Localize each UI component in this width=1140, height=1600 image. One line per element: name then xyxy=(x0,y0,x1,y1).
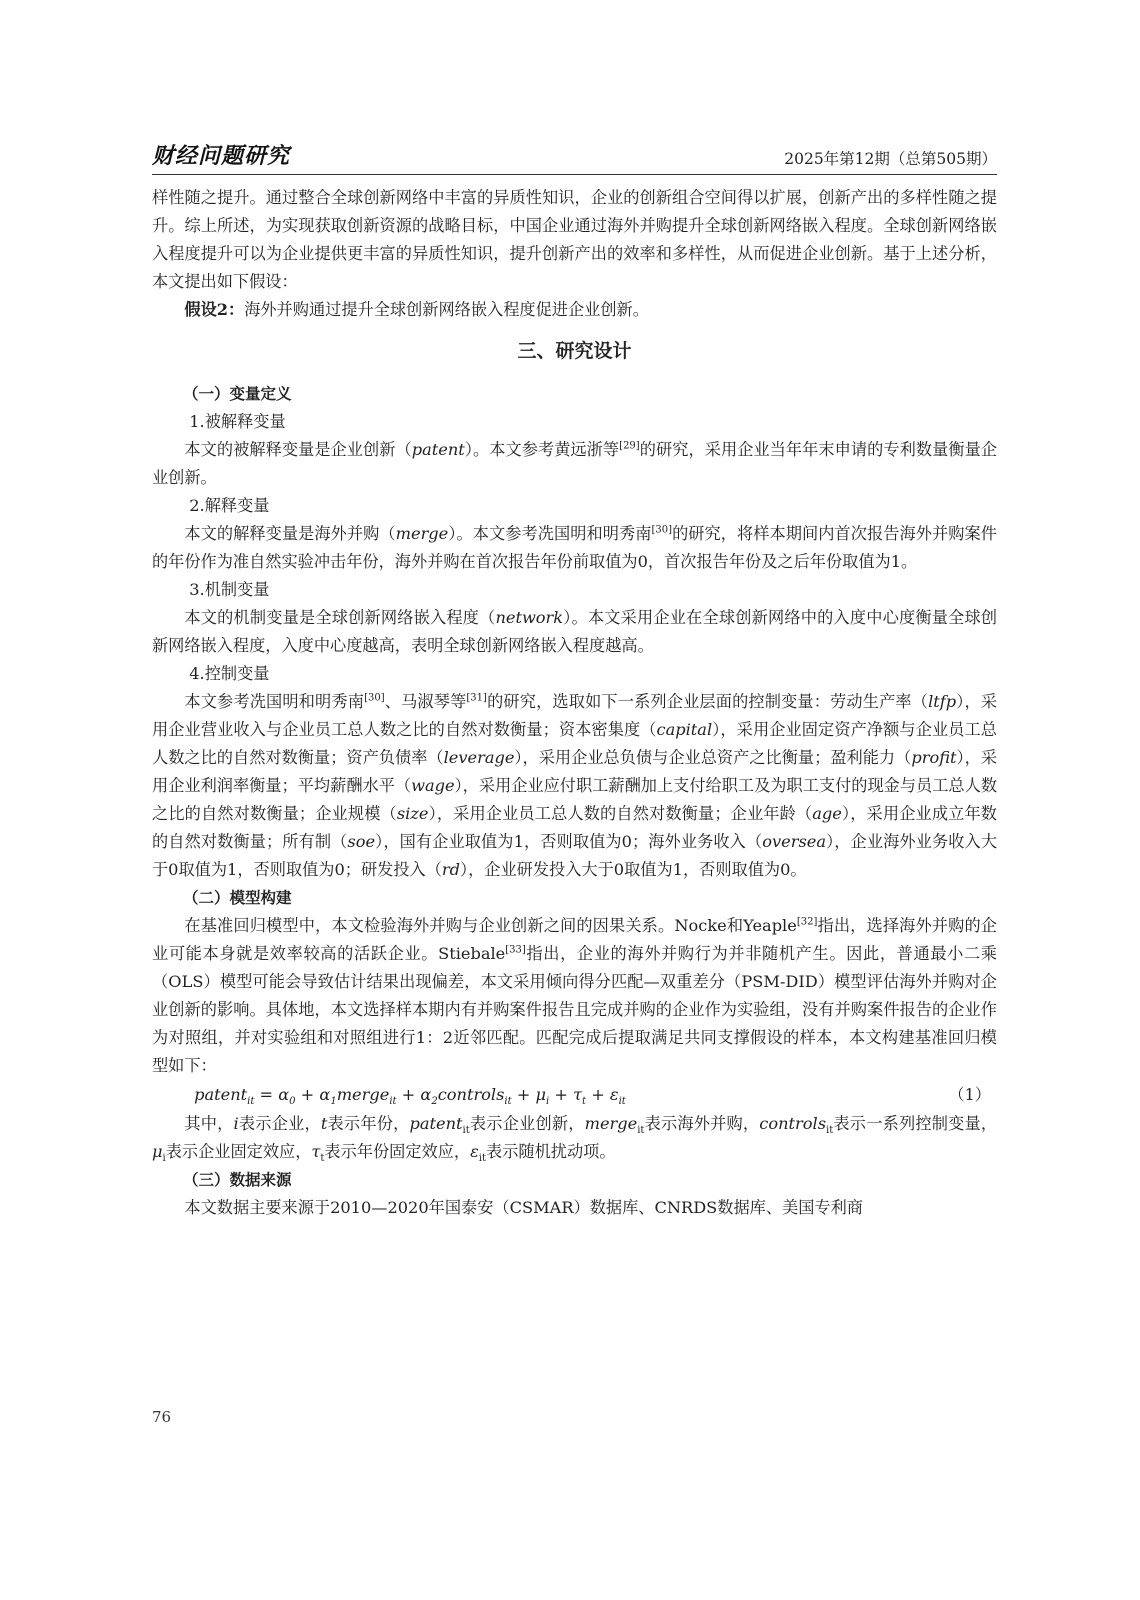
var-patent: patent xyxy=(409,1114,462,1133)
text: 本文的解释变量是海外并购（ xyxy=(184,524,395,543)
subscript: it xyxy=(619,1096,626,1107)
equation-number: （1） xyxy=(948,1080,997,1110)
var-mu: μ xyxy=(152,1142,163,1161)
text: 表示年份， xyxy=(327,1114,409,1133)
subscript: it xyxy=(504,1096,511,1107)
equation-1: patentit = α0 + α1mergeit + α2controlsit… xyxy=(152,1080,997,1110)
equation-body: patentit = α0 + α1mergeit + α2controlsit… xyxy=(194,1080,626,1110)
control-variable-title: 4.控制变量 xyxy=(152,660,997,688)
var-ltfp: ltfp xyxy=(928,692,956,711)
citation-30: [30] xyxy=(651,525,672,536)
var-patent: patent xyxy=(412,440,465,459)
var-epsilon: ε xyxy=(470,1142,479,1161)
explanatory-variable-paragraph: 本文的解释变量是海外并购（merge）。本文参考冼国明和明秀南[30]的研究，将… xyxy=(152,520,997,576)
var-controls: controls xyxy=(759,1114,826,1133)
data-source-paragraph: 本文数据主要来源于2010—2020年国泰安（CSMAR）数据库、CNRDS数据… xyxy=(152,1194,997,1222)
hypothesis-text: 海外并购通过提升全球创新网络嵌入程度促进企业创新。 xyxy=(244,300,649,319)
text: 表示企业创新， xyxy=(470,1114,585,1133)
paragraph-continued: 样性随之提升。通过整合全球创新网络中丰富的异质性知识，企业的创新组合空间得以扩展… xyxy=(152,184,997,296)
mechanism-variable-paragraph: 本文的机制变量是全球创新网络嵌入程度（network）。本文采用企业在全球创新网… xyxy=(152,604,997,660)
text: ）。本文参考黄远浙等 xyxy=(465,440,619,459)
var-capital: capital xyxy=(657,720,713,739)
mechanism-variable-title: 3.机制变量 xyxy=(152,576,997,604)
subscript: it xyxy=(479,1153,486,1164)
journal-page: 财经问题研究 2025年第12期（总第505期） 样性随之提升。通过整合全球创新… xyxy=(0,0,1140,1600)
var-profit: profit xyxy=(911,748,956,767)
citation-30: [30] xyxy=(364,693,385,704)
text: ），企业研发投入大于0取值为1，否则取值为0。 xyxy=(460,860,807,879)
article-body: 样性随之提升。通过整合全球创新网络中丰富的异质性知识，企业的创新组合空间得以扩展… xyxy=(152,184,997,1222)
eq-part: + ε xyxy=(586,1085,619,1104)
eq-part: + α xyxy=(397,1085,432,1104)
text: 表示一系列控制变量， xyxy=(833,1114,997,1133)
dependent-variable-paragraph: 本文的被解释变量是企业创新（patent）。本文参考黄远浙等[29]的研究，采用… xyxy=(152,436,997,492)
text: 在基准回归模型中，本文检验海外并购与企业创新之间的因果关系。Nocke和Yeap… xyxy=(184,916,796,935)
var-oversea: oversea xyxy=(762,832,826,851)
dependent-variable-title: 1.被解释变量 xyxy=(152,408,997,436)
eq-part: = α xyxy=(254,1085,289,1104)
eq-merge: merge xyxy=(337,1085,390,1104)
section-title: 三、研究设计 xyxy=(152,334,997,368)
text: 表示随机扰动项。 xyxy=(486,1142,616,1161)
subsection-model-construction: （二）模型构建 xyxy=(152,884,997,912)
subscript: it xyxy=(463,1125,470,1136)
text: 的研究，选取如下一系列企业层面的控制变量：劳动生产率（ xyxy=(487,692,928,711)
text: 表示企业固定效应， xyxy=(166,1142,312,1161)
text: 其中， xyxy=(184,1114,233,1133)
text: 、马淑琴等 xyxy=(385,692,467,711)
var-soe: soe xyxy=(347,832,375,851)
text: 表示年份固定效应， xyxy=(324,1142,470,1161)
var-size: size xyxy=(397,804,429,823)
var-merge: merge xyxy=(396,524,449,543)
text: ），采用企业总负债与企业总资产之比衡量；盈利能力（ xyxy=(514,748,911,767)
subscript: it xyxy=(389,1096,396,1107)
var-age: age xyxy=(812,804,842,823)
subsection-data-source: （三）数据来源 xyxy=(152,1166,997,1194)
eq-part: + τ xyxy=(549,1085,582,1104)
citation-32: [32] xyxy=(797,917,818,928)
citation-33: [33] xyxy=(505,945,526,956)
text: ）。本文参考冼国明和明秀南 xyxy=(448,524,651,543)
eq-patent: patent xyxy=(194,1085,247,1104)
eq-part: + μ xyxy=(512,1085,546,1104)
var-rd: rd xyxy=(442,860,460,879)
text: 指出，企业的海外并购行为并非随机产生。因此，普通最小二乘（OLS）模型可能会导致… xyxy=(152,944,997,1075)
text: ），采用企业员工总人数的自然对数衡量；企业年龄（ xyxy=(428,804,812,823)
text: 表示海外并购， xyxy=(644,1114,759,1133)
subsection-variable-definition: （一）变量定义 xyxy=(152,380,997,408)
eq-controls: controls xyxy=(438,1085,505,1104)
var-network: network xyxy=(495,608,563,627)
var-wage: wage xyxy=(411,776,454,795)
text: ），国有企业取值为1，否则取值为0；海外业务收入（ xyxy=(375,832,762,851)
issue-info: 2025年第12期（总第505期） xyxy=(784,147,997,174)
equation-explanation: 其中，i表示企业，t表示年份，patentit表示企业创新，mergeit表示海… xyxy=(152,1110,997,1166)
eq-part: + α xyxy=(296,1085,331,1104)
hypothesis-label: 假设2： xyxy=(184,300,244,319)
citation-31: [31] xyxy=(466,693,487,704)
text: 本文的被解释变量是企业创新（ xyxy=(184,440,411,459)
var-leverage: leverage xyxy=(444,748,515,767)
explanatory-variable-title: 2.解释变量 xyxy=(152,492,997,520)
citation-29: [29] xyxy=(619,441,640,452)
control-variable-paragraph: 本文参考冼国明和明秀南[30]、马淑琴等[31]的研究，选取如下一系列企业层面的… xyxy=(152,688,997,884)
page-number: 76 xyxy=(152,1408,171,1426)
journal-logo: 财经问题研究 xyxy=(152,139,290,174)
text: 本文的机制变量是全球创新网络嵌入程度（ xyxy=(184,608,495,627)
model-paragraph: 在基准回归模型中，本文检验海外并购与企业创新之间的因果关系。Nocke和Yeap… xyxy=(152,912,997,1080)
page-header: 财经问题研究 2025年第12期（总第505期） xyxy=(152,140,997,175)
hypothesis-2: 假设2：海外并购通过提升全球创新网络嵌入程度促进企业创新。 xyxy=(152,296,997,324)
var-merge: merge xyxy=(585,1114,638,1133)
text: 表示企业， xyxy=(239,1114,321,1133)
text: 本文参考冼国明和明秀南 xyxy=(184,692,364,711)
